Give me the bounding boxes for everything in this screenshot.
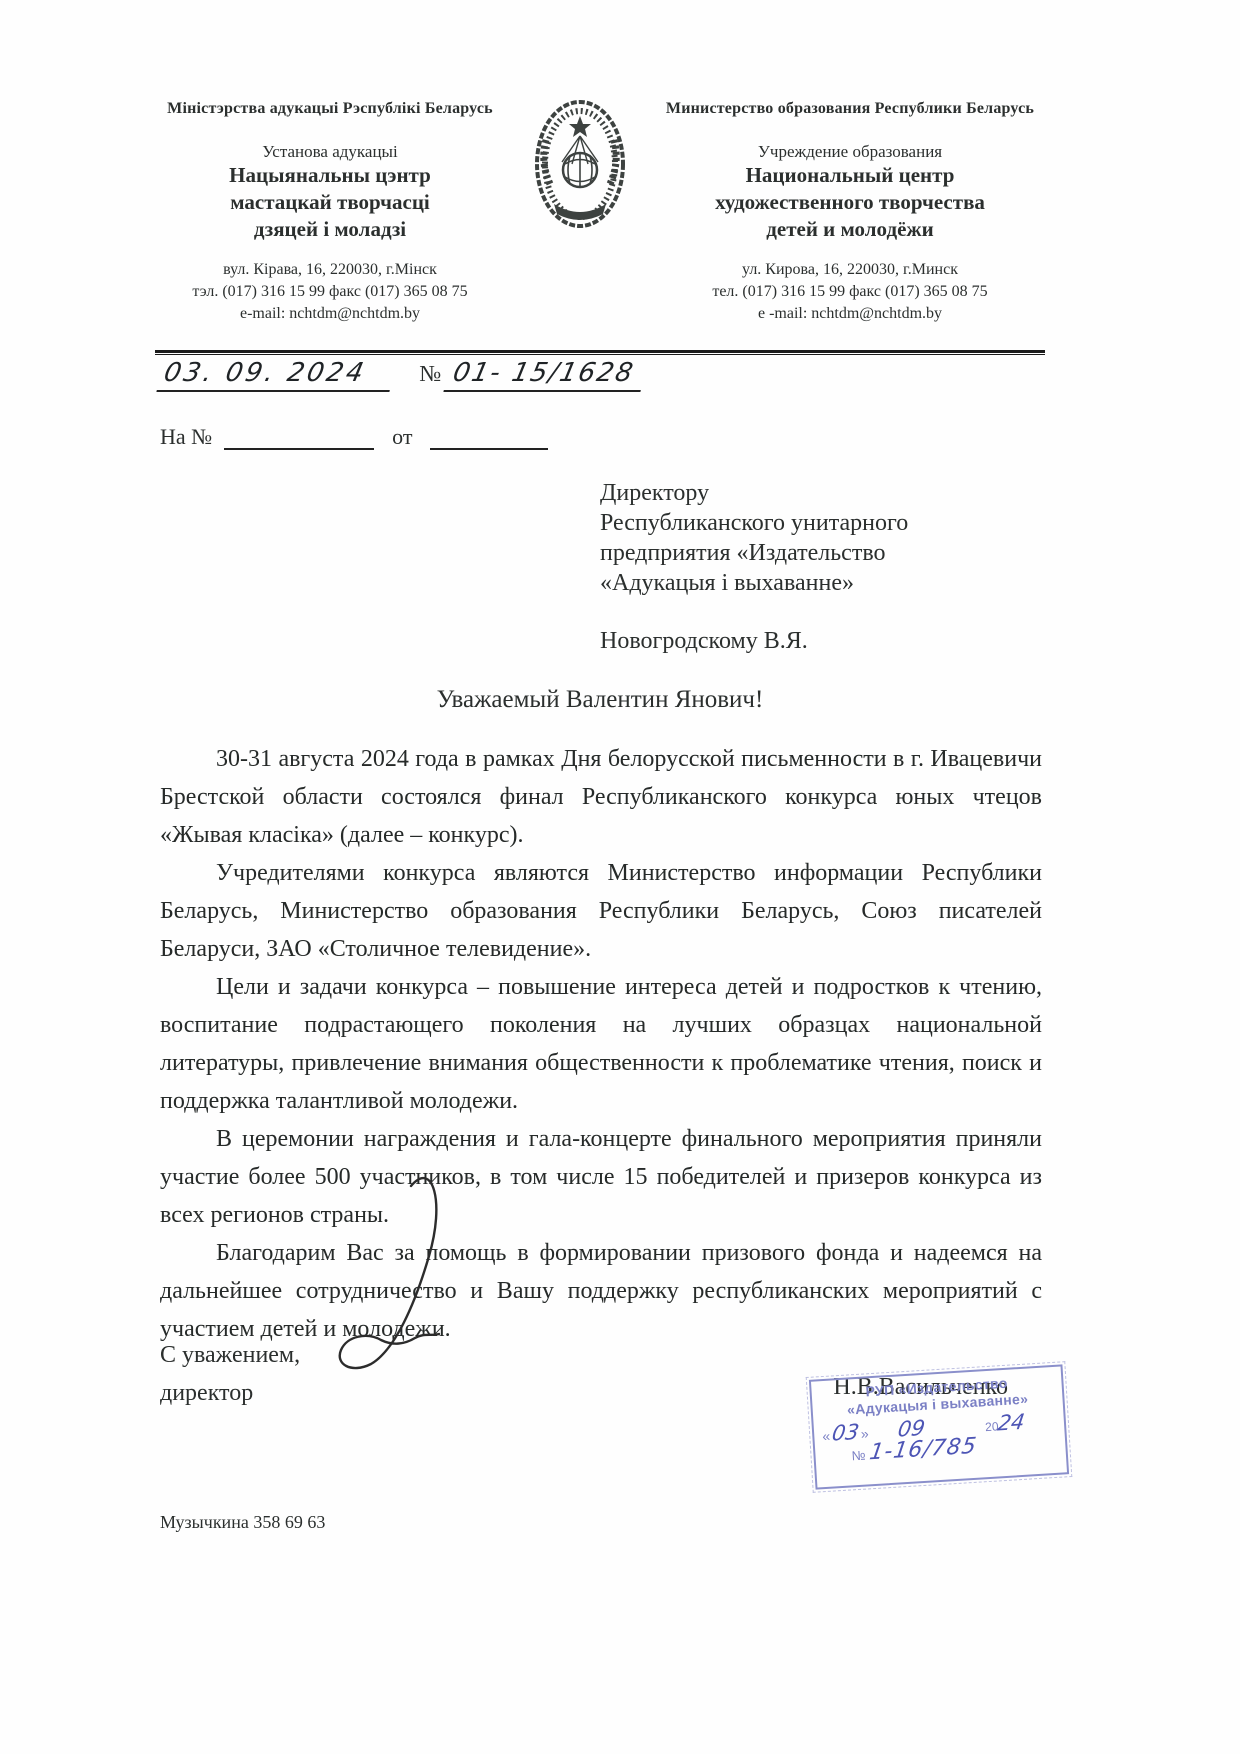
stamp-org-line1: РУП «Издательство: [819, 1372, 1054, 1403]
addressee-name: Новогродскому В.Я.: [600, 626, 1040, 656]
body-paragraph: 30-31 августа 2024 года в рамках Дня бел…: [160, 740, 1042, 854]
email-ru: e -mail: nchtdm@nchtdm.by: [650, 303, 1050, 325]
number-sign-label: №: [419, 361, 441, 386]
addressee-line: предприятия «Издательство: [600, 538, 1040, 568]
outgoing-number-handwritten: 01- 15/1628: [443, 358, 647, 392]
org-type-ru: Учреждение образования: [650, 142, 1050, 162]
belarus-state-emblem-icon: [532, 92, 628, 234]
executor-contact: Музычкина 358 69 63: [160, 1512, 325, 1533]
closing-regards: С уважением,: [160, 1336, 300, 1374]
stamp-day-handwritten: 03: [830, 1422, 860, 1444]
address-block-by: вул. Кірава, 16, 220030, г.Мінск тэл. (0…: [150, 259, 510, 325]
letterhead-belarusian-column: Міністэрства адукацыі Рэспублікі Беларус…: [150, 100, 510, 325]
reply-reference-row: На №от: [160, 424, 548, 450]
closing-title: директор: [160, 1374, 300, 1412]
reply-ot-label: от: [392, 424, 412, 449]
letterhead-russian-column: Министерство образования Республики Бела…: [650, 100, 1050, 325]
address-by: вул. Кірава, 16, 220030, г.Мінск: [150, 259, 510, 281]
reply-date-blank: [430, 426, 548, 450]
phone-ru: тел. (017) 316 15 99 факс (017) 365 08 7…: [650, 281, 1050, 303]
ministry-name-by: Міністэрства адукацыі Рэспублікі Беларус…: [150, 100, 510, 118]
outgoing-date-handwritten: 03. 09. 2024: [156, 358, 397, 392]
org-name-ru-line1: Национальный центр: [650, 162, 1050, 189]
scanned-letter-page: Міністэрства адукацыі Рэспублікі Беларус…: [0, 0, 1240, 1754]
address-block-ru: ул. Кирова, 16, 220030, г.Минск тел. (01…: [650, 259, 1050, 325]
stamp-org-line2: «Адукацыя і выхаванне»: [820, 1389, 1055, 1420]
stamp-number-label: №: [851, 1448, 866, 1464]
address-ru: ул. Кирова, 16, 220030, г.Минск: [650, 259, 1050, 281]
stamp-number-row: № 1-16/785: [823, 1432, 1058, 1466]
closing-block: С уважением, директор: [160, 1336, 300, 1412]
stamp-number-handwritten: 1-16/785: [868, 1437, 978, 1464]
letterhead: Міністэрства адукацыі Рэспублікі Беларус…: [150, 100, 1050, 325]
director-signature-ink: [283, 1168, 473, 1376]
org-name-ru-line3: детей и молодёжи: [650, 216, 1050, 243]
addressee-line: Республиканского унитарного: [600, 508, 1040, 538]
emblem-container: [510, 100, 650, 325]
phone-by: тэл. (017) 316 15 99 факс (017) 365 08 7…: [150, 281, 510, 303]
stamp-month-handwritten: 09: [897, 1418, 927, 1440]
org-type-by: Установа адукацыі: [150, 142, 510, 162]
addressee-line: «Адукацыя і выхаванне»: [600, 568, 1040, 598]
org-name-by-line1: Нацыянальны цэнтр: [150, 162, 510, 189]
reply-na-label: На №: [160, 424, 212, 449]
org-name-by-line3: дзяцей і моладзі: [150, 216, 510, 243]
incoming-registration-stamp: РУП «Издательство «Адукацыя і выхаванне»…: [809, 1364, 1069, 1489]
addressee-line: Директору: [600, 478, 1040, 508]
stamp-close-quote: »: [860, 1425, 869, 1441]
letterhead-divider-rule: [155, 350, 1045, 355]
stamp-year-handwritten: 24: [997, 1412, 1027, 1434]
stamp-date-row: « 03 » 09 20 24: [822, 1410, 1057, 1444]
salutation: Уважаемый Валентин Янович!: [160, 686, 1040, 714]
org-name-by-line2: мастацкай творчасці: [150, 189, 510, 216]
ministry-name-ru: Министерство образования Республики Бела…: [650, 100, 1050, 118]
email-by: e-mail: nchtdm@nchtdm.by: [150, 303, 510, 325]
addressee-block: Директору Республиканского унитарного пр…: [600, 478, 1040, 656]
org-name-ru-line2: художественного творчества: [650, 189, 1050, 216]
stamp-open-quote: «: [822, 1428, 831, 1444]
body-paragraph: Учредителями конкурса являются Министерс…: [160, 854, 1042, 968]
body-paragraph: Цели и задачи конкурса – повышение интер…: [160, 968, 1042, 1120]
reference-row: 03. 09. 2024№ 01- 15/1628: [160, 358, 644, 392]
stamp-year-prefix: 20: [985, 1419, 999, 1434]
reply-number-blank: [224, 426, 374, 450]
